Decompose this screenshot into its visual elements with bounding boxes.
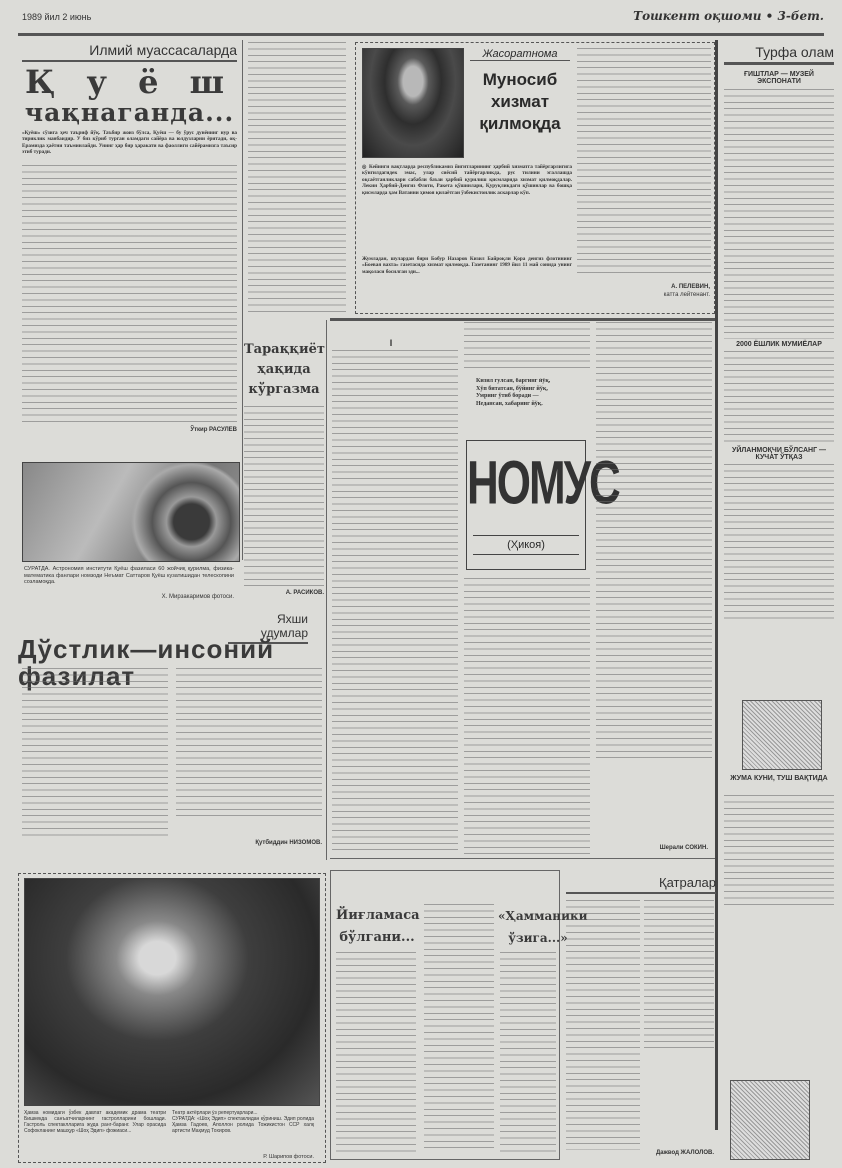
article-taraqqiyot: Тараққиёт ҳақида кўргазма А. РАСИКОВ.	[244, 340, 324, 596]
item-body	[724, 351, 834, 443]
sailor-caption: ◎ Кейинги вақтларда республикамиз йигитл…	[362, 164, 572, 254]
headline: Тараққиёт ҳақида кўргазма	[244, 340, 324, 400]
sailor-portrait-photo	[362, 48, 464, 158]
qatralar-body-1	[566, 900, 640, 1150]
byline: Дажвод ЖАЛОЛОВ.	[566, 1150, 714, 1156]
lead-paragraph: «Қуёш» сўзига ҳеч таъриф йўқ. Таъбир жои…	[22, 130, 237, 162]
section-rule	[330, 858, 715, 859]
byline: Шерали СОКИН.	[596, 845, 708, 851]
headline-line1: Муносиб	[470, 69, 570, 91]
column-divider	[326, 320, 327, 860]
masthead-rule	[18, 33, 824, 36]
headline: Муносиб хизмат қилмоқда	[470, 69, 570, 135]
qatralar-column: Қатралар	[566, 875, 716, 894]
rubric: Турфа олам	[724, 44, 834, 65]
nomus-title-box: НОМУС (Ҳикоя)	[466, 440, 586, 570]
humor-body-2	[424, 904, 494, 1152]
article-body	[244, 406, 324, 586]
theatre-caption-left: Ҳамза номидаги ўзбек давлат академик дра…	[24, 1110, 166, 1134]
story-body-col2	[464, 578, 590, 858]
article-quyosh: Илмий муассасаларда Қ у ё ш чақнаганда..…	[22, 42, 237, 433]
byline: Ўткир РАСУЛЕВ	[22, 427, 237, 433]
cartoon-illustration	[730, 1080, 810, 1160]
section-rule	[330, 318, 715, 321]
story-poem: Кизил гулсан, баргинг йўқ, Хўп битатсан,…	[476, 378, 586, 408]
story-title: НОМУС	[467, 449, 585, 519]
illustration-sketch	[742, 700, 822, 770]
article-body	[22, 165, 237, 425]
photo-credit: Х. Мирзакаримов фотоси.	[24, 594, 234, 600]
headline-line2: бўлгани...	[336, 927, 418, 949]
photo-caption: СУРАТДА. Астрономия институти Қуёш фазил…	[24, 566, 234, 586]
byline: А. РАСИКОВ.	[244, 590, 324, 596]
story-body-col3	[596, 322, 712, 762]
rubric: Қатралар	[566, 875, 716, 894]
byline: Қутбиддин НИЗОМОВ.	[176, 840, 322, 846]
rubric: Илмий муассасаларда	[22, 42, 237, 62]
headline-line1: Йиғламаса	[336, 905, 418, 927]
article-quyosh-continued	[248, 42, 346, 312]
poem-line: Хўп битатсан, бўйинг йўқ,	[476, 386, 586, 394]
story-body-col2-top	[464, 322, 590, 372]
rubric: Жасоратнома	[470, 48, 570, 61]
headline: Қ у ё ш	[22, 66, 237, 100]
item-title: 2000 ЁШЛИК МУМИЁЛАР	[724, 341, 834, 348]
humor-body-1	[336, 952, 416, 1152]
theatre-caption-right: Театр актёрлари ўз репертуарлари... СУРА…	[172, 1110, 314, 1158]
item-title: УЙЛАНМОҚЧИ БЎЛСАНГ — КУЧАТ ЎТҚАЗ	[724, 447, 834, 461]
column-divider	[715, 40, 718, 1130]
headline-line2: хизмат	[470, 91, 570, 113]
photo-credit: Р. Шарипов фотоси.	[172, 1154, 314, 1160]
photo-astronomy	[22, 462, 240, 562]
headline-line3: қилмоқда	[470, 113, 570, 135]
issue-date: 1989 йил 2 июнь	[22, 12, 91, 22]
sailor-headline-block: Жасоратнома Муносиб хизмат қилмоқда	[470, 48, 570, 135]
poem-line: Недансан, хабаринг йўқ.	[476, 401, 586, 409]
headline-line3: кўргазма	[244, 380, 324, 400]
part-number: I	[336, 338, 446, 348]
headline-line2: ҳақида	[244, 360, 324, 380]
item-body	[724, 795, 834, 905]
column-divider	[242, 40, 243, 560]
story-subtitle: (Ҳикоя)	[473, 535, 579, 555]
headline-line1: Тараққиёт	[244, 340, 324, 360]
poem-line: Умринг ўтиб боради —	[476, 393, 586, 401]
theatre-photo	[24, 878, 320, 1106]
turfa-olam-column: Турфа олам ҒИШТЛАР — МУЗЕЙ ЭКСПОНАТИ 200…	[724, 44, 834, 619]
qatralar-body-2	[644, 900, 714, 1050]
humor-title-1: Йиғламаса бўлгани...	[336, 905, 418, 949]
article-body-left	[22, 668, 168, 840]
byline-name: А. ПЕЛЕВИН,	[600, 284, 710, 290]
poem-line: Кизил гулсан, баргинг йўқ,	[476, 378, 586, 386]
article-body-right	[176, 668, 322, 818]
headline-line2: чақнаганда...	[22, 100, 237, 126]
story-body-col1	[332, 350, 458, 855]
sailor-article-body	[577, 48, 711, 273]
paper-title-page: Тошкент оқшоми • 3-бет.	[633, 9, 824, 23]
item-title: ҒИШТЛАР — МУЗЕЙ ЭКСПОНАТИ	[724, 71, 834, 85]
sailor-note: Жумладан, шулардан бири Бобур Назаров Ки…	[362, 256, 572, 290]
item-body	[724, 464, 834, 619]
byline-rank: катта лейтенант.	[600, 292, 710, 298]
humor-body-3	[500, 952, 556, 1152]
item-title: ЖУМА КУНИ, ТУШ ВАҚТИДА	[724, 775, 834, 782]
item-body	[724, 89, 834, 339]
